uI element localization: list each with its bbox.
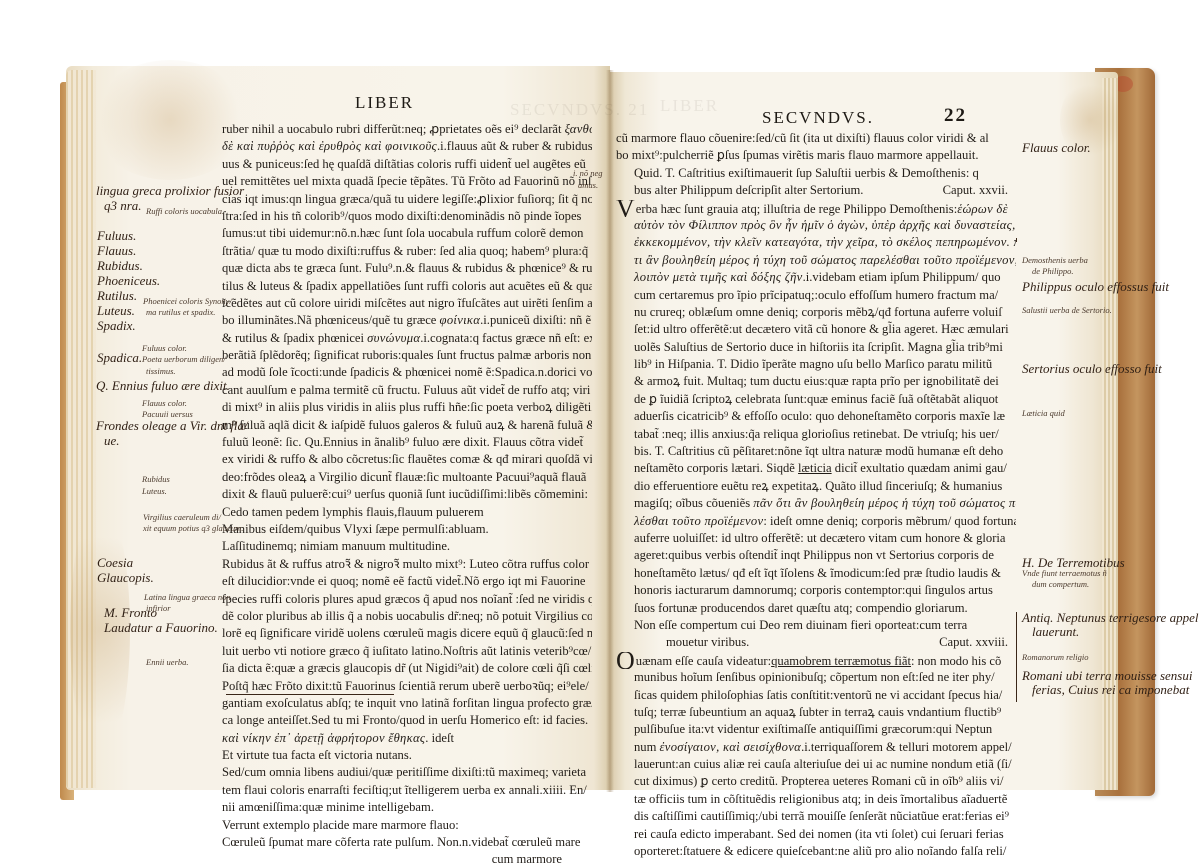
line-text: cum certaremus pro ĩpio prĩcipatuq;:ocul… — [634, 288, 998, 302]
text-line: munibus hoĩum ſenſibus opinionibuſq; cõp… — [616, 669, 1016, 686]
line-text: cum marmore — [492, 852, 562, 866]
marginal-gloss: Vnde fiunt terraemotus ñ — [1022, 568, 1107, 579]
text-line: Et virtute tua facta eſt victoria nutans… — [222, 747, 592, 764]
line-text: ſpecies ruffi coloris plures apud græcos… — [222, 592, 592, 606]
line-text: neſtamẽto corporis lætari. Siqdẽ — [634, 461, 798, 475]
text-line: tem flaui coloris enarraſti feciſtiq;ut … — [222, 782, 592, 799]
greek-text: φοίνικα — [440, 313, 481, 327]
text-line: cũ marmore flauo cõuenire:ſed/cũ ſit (it… — [616, 130, 1016, 147]
manuscript-annotation: Spadica. — [97, 350, 142, 366]
line-text: bo illuminãtes.Nã phœniceus/quẽ tu græce — [222, 313, 440, 327]
line-text: : ideſt omne deniq; corporis mẽbrum/ quo… — [763, 514, 1016, 528]
line-text: munibus hoĩum ſenſibus opinionibuſq; cõp… — [634, 670, 995, 684]
line-text: Quid. T. Caſtritius exiſtimauerit ſup Sa… — [634, 166, 979, 180]
manuscript-annotation: i. nõ neg — [573, 168, 603, 179]
greek-text: συνώνυμα — [367, 331, 420, 345]
text-line: nu crureq; oblæſum omne deniq; corporis … — [616, 304, 1016, 321]
text-line: Rubidus ãt & ruffus atroꝛ̃ & nigroꝛ̃ mul… — [222, 556, 592, 573]
marginal-gloss: dum compertum. — [1032, 579, 1089, 590]
text-line: neſtamẽto corporis lætari. Siqdẽ læticia… — [616, 460, 1016, 477]
text-line: cum marmore — [222, 851, 592, 868]
text-line: cant auulſum e palma termitẽ cũ fructu. … — [222, 382, 592, 399]
text-line: Poſtq̃ hæc Frõto dixit:tũ Fauorinus ſcie… — [222, 678, 592, 695]
text-line: di mixt⁹ in aliis plus viridis in aliis … — [222, 399, 592, 416]
line-text: Verrunt extemplo placide mare marmore fl… — [222, 818, 459, 832]
manuscript-annotation: Flauus. — [97, 243, 136, 259]
line-text: ex viridi & ruffo & albo cõcretus:ſic fl… — [222, 452, 592, 466]
manuscript-mark — [1016, 238, 1017, 242]
running-head-left: LIBER — [355, 93, 414, 113]
greek-text: ξανθὸς — [565, 122, 592, 136]
text-line: luit uerbo vti notiore græco q̃ iuſitato… — [222, 643, 592, 660]
line-text: .i.puniceũ dixiſti: nñ ẽ: — [480, 313, 592, 327]
line-text: tem flaui coloris enarraſti feciſtiq;ut … — [222, 783, 587, 797]
left-page-text: ruber nihil a uocabulo rubri differũt:ne… — [222, 121, 592, 868]
manuscript-annotation: Q. Ennius fuluo ære dixit. — [96, 378, 230, 394]
line-text: mouetur viribus. — [666, 635, 749, 649]
line-text: eſt dilucidior:vnde ei quoq; nomẽ eẽ fac… — [222, 574, 586, 588]
line-text: num — [634, 740, 660, 754]
line-text: dixit & flauũ puluerẽ:cui⁹ uerſus quoniã… — [222, 487, 588, 501]
line-text: honoris iacturarum damnorumq; corporis c… — [634, 583, 993, 597]
text-line: Sed/cum omnia libens audiui/quæ peritiſſ… — [222, 764, 592, 781]
line-text: ageret:quibus verbis oſtendit̃ inqt Phil… — [634, 548, 994, 562]
line-text: lauerunt:an cuius aliæ rei cauſa alteriu… — [634, 757, 1012, 771]
marginal-gloss: Phoenicei coloris Synony/ — [143, 296, 232, 307]
marginal-gloss: Salustii uerba de Sertorio. — [1022, 305, 1112, 316]
text-line: ſtra:ſed in his tñ colorib⁹/quos modo di… — [222, 208, 592, 225]
manuscript-bracket — [1016, 612, 1017, 702]
marginal-gloss: Fuluus color. — [142, 343, 187, 354]
manuscript-annotation: lauerunt. — [1032, 624, 1079, 640]
manuscript-annotation: Phoeniceus. — [97, 273, 160, 289]
manuscript-annotation: ue. — [104, 433, 120, 449]
line-text: aduerſis cicatricib⁹ & effoſſo oculo: qu… — [634, 409, 1005, 423]
manuscript-annotation: Sertorius oculo effosso fuit — [1022, 361, 1162, 377]
line-text: .i.terriquaſſorem & telluri motorem appe… — [801, 740, 1012, 754]
text-line: λοιπὸν μετὰ τιμῆς καὶ δόξης ζῆν.i.videba… — [616, 269, 1016, 286]
text-line: ſtrãtia/ quæ tu modo dixiſti:ruffus & ru… — [222, 243, 592, 260]
marginal-gloss: Ennii uerba. — [146, 657, 189, 668]
greek-text: πᾶν ὅτι ἂν βουληθείη μέρος ἡ τύχη τοῦ σώ… — [753, 496, 1016, 510]
marginal-gloss: Luteus. — [142, 486, 167, 497]
text-line: bo mixt⁹:pulcherriẽ ꝑſus ſpumas virẽtis … — [616, 147, 1016, 164]
text-line: ruber nihil a uocabulo rubri differũt:ne… — [222, 121, 592, 138]
text-line: honoris iacturarum damnorumq; corporis c… — [616, 582, 1016, 599]
text-line: gantiam exoſculatus abſq; te inquit vno … — [222, 695, 592, 712]
line-text: & armoꝝ fuit. Multaq; tum ductu eius:quæ… — [634, 374, 999, 388]
line-text: ſuos fortunæ producendos daret quæſtu at… — [634, 601, 968, 615]
text-line: pulſibuſue ita:vt videntur exiſtimaſſe a… — [616, 721, 1016, 738]
marginal-gloss: Rubidus — [142, 474, 170, 485]
greek-text: ἐκκεκομμένον, τὴν κλεῖν κατεαγότα, τὴν χ… — [634, 235, 1016, 249]
line-text: : non modo his cõ — [911, 654, 1001, 668]
text-line: ſet:id ultro offerẽtẽ:ut decætero vitã c… — [616, 321, 1016, 338]
greek-text: ἐνοσίγαιον, καὶ σεισίχθονα — [660, 740, 802, 754]
manuscript-underline — [226, 694, 394, 695]
text-line: oporteret:ſtatuere & edicere quieſcebant… — [616, 843, 1016, 860]
line-text: quæ dicta abs te græca ſunt. Fulu⁹.n.& f… — [222, 261, 592, 275]
marginal-gloss: Ruffi coloris uocabula. — [146, 206, 224, 217]
line-text: rei cauſa edicto imperabant. Sed dei nom… — [634, 827, 1004, 841]
line-text: dis caſtiſſimi cautiſſimiq;/ubi terrã mo… — [634, 809, 1009, 823]
text-line: m⁹ fuluã aqlã dicit & iaſpidẽ fuluos gal… — [222, 417, 592, 434]
marginal-gloss: de Philippo. — [1032, 266, 1074, 277]
line-text: ſumus:ut tibi uidemur:nõ.n.hæc ſunt ſola… — [222, 226, 583, 240]
line-text: nii amœniſſima:quæ minime intelligebam. — [222, 800, 434, 814]
line-text: tilus & luteus & ſpadix appellatiões ſun… — [222, 279, 592, 293]
line-text: .i.flauus aũt & ruber & rubidus & ful — [437, 139, 592, 153]
marginal-gloss: xit equum potius q3 glaucum. — [143, 523, 243, 534]
text-line: rei cauſa edicto imperabant. Sed dei nom… — [616, 826, 1016, 843]
text-line: tabat̃ :neq; illis anxius:q̃a reliqua gl… — [616, 426, 1016, 443]
text-line: magiſq; oĩbus cõueniẽs πᾶν ὅτι ἂν βουληθ… — [616, 495, 1016, 512]
marginal-gloss: Poeta uerborum diligen/ — [142, 354, 226, 365]
marginal-gloss: Pacuuii uersus — [142, 409, 193, 420]
manuscript-annotation: Luteus. — [97, 303, 135, 319]
line-text: ſia dicta ẽ:quæ a græcis glaucopis dr̃ (… — [222, 661, 592, 675]
manuscript-annotation: Flauus color. — [1022, 140, 1091, 156]
text-line: aduerſis cicatricib⁹ & effoſſo oculo: qu… — [616, 408, 1016, 425]
line-text: ad modũ ſole ĩcocti:unde ſpadicis & phœn… — [222, 365, 592, 379]
greek-text: λοιπὸν μετὰ τιμῆς καὶ δόξης ζῆν — [634, 270, 803, 284]
line-text: ſet:id ultro offerẽtẽ:ut decætero vitã c… — [634, 322, 1009, 336]
text-line: lib⁹ in Hiſpania. T. Didio ĩperãte magno… — [616, 356, 1016, 373]
initial-letter: V — [616, 200, 635, 217]
text-line: ἐκκεκομμένον, τὴν κλεῖν κατεαγότα, τὴν χ… — [616, 234, 1016, 251]
line-text: ſtra:ſed in his tñ colorib⁹/quos modo di… — [222, 209, 581, 223]
line-text: Poſtq̃ hæc Frõto dixit:tũ Fauorinus ſcie… — [222, 679, 589, 693]
line-text: bo mixt⁹:pulcherriẽ ꝑſus ſpumas virẽtis … — [616, 148, 978, 162]
text-line: ad modũ ſole ĩcocti:unde ſpadicis & phœn… — [222, 364, 592, 381]
greek-text: καὶ νίκην ἐπ᾽ ἀρετῇ ἀφρήτορον ἔθηκας — [222, 731, 425, 745]
text-line: ĩcẽdẽtes aut cũ colore uiridi miſcẽtes a… — [222, 295, 592, 312]
manuscript-annotation: Coesia — [97, 555, 133, 571]
text-line: & armoꝝ fuit. Multaq; tum ductu eius:quæ… — [616, 373, 1016, 390]
line-text: & rutilus & ſpadix phœnicei — [222, 331, 367, 345]
folio-number: 22 — [944, 105, 967, 127]
greek-text: λέσθαι τοῦτο προϊέμενον — [634, 514, 763, 528]
line-text: Rubidus ãt & ruffus atroꝛ̃ & nigroꝛ̃ mul… — [222, 557, 589, 571]
line-text: tabat̃ :neq; illis anxius:q̃a reliqua gl… — [634, 427, 999, 441]
open-book: SECVNDVS. 21 LIBER LIBER SECVNDVS. 22 ru… — [0, 0, 1200, 868]
text-line: dẽ color pluribus ab illis q̃ a nobis uo… — [222, 608, 592, 625]
book-gutter — [606, 70, 614, 792]
line-text: uel remittẽtes uel mixta quadã ſpecie tẽ… — [222, 174, 592, 188]
text-line: Manibus eiſdem/quibus Vlyxi ſæpe permulſ… — [222, 521, 592, 538]
line-text: ſtrãtia/ quæ tu modo dixiſti:ruffus & ru… — [222, 244, 588, 258]
text-line: ſumus:ut tibi uidemur:nõ.n.hæc ſunt ſola… — [222, 225, 592, 242]
greek-text: αὐτὸν τὸν Φίλιππον πρὸς ὃν ἦν ἡμῖν ὁ ἀγὼ… — [634, 218, 1016, 232]
line-text: honeſtamẽto lætus/ qđ eſt ĩqt ĩſolens & … — [634, 566, 1001, 580]
text-line: bo illuminãtes.Nã phœniceus/quẽ tu græce… — [222, 312, 592, 329]
show-through-text: SECVNDVS. 21 — [510, 100, 649, 120]
line-text: cant auulſum e palma termitẽ cũ fructu. … — [222, 383, 590, 397]
text-line: ſicas quidem philoſophias ſatis conſtiti… — [616, 687, 1016, 704]
text-line: bis. T. Caſtritius cũ pẽſitaret:nõne ĩqt… — [616, 443, 1016, 460]
line-text: Cedo tamen pedem lymphis flauis,flauum p… — [222, 505, 484, 519]
manuscript-annotation: Frondes oleage a Vir. dnt fla/ — [96, 418, 248, 434]
line-text: .i.cognata:q factus græce nñ eſt: exu — [420, 331, 592, 345]
manuscript-annotation: Spadix. — [97, 318, 136, 334]
text-line: tuſq; terræ ſubeuntium an aquaꝝ ſubter i… — [616, 704, 1016, 721]
marginal-gloss: Latina lingua graeca non — [144, 592, 231, 603]
line-text: uænam eſſe cauſa videatur: — [636, 654, 771, 668]
marginal-gloss: Læticia quid — [1022, 408, 1065, 419]
text-line: dixit & flauũ puluerẽ:cui⁹ uerſus quoniã… — [222, 486, 592, 503]
chapter-number: Caput. xxviii. — [939, 634, 1016, 651]
right-page-text: cũ marmore flauo cõuenire:ſed/cũ ſit (it… — [616, 130, 1016, 860]
text-line: & rutilus & ſpadix phœnicei συνώνυμα.i.c… — [222, 330, 592, 347]
text-line: τι ἂν βουληθείη μέρος ἡ τύχη τοῦ σώματος… — [616, 252, 1016, 269]
marginal-gloss: infirior — [146, 603, 171, 614]
text-line: honeſtamẽto lætus/ qđ eſt ĩqt ĩſolens & … — [616, 565, 1016, 582]
line-text: lorẽ eq ſignificare viridẽ uolens cœrule… — [222, 626, 592, 640]
manuscript-annotation: Glaucopis. — [97, 570, 154, 586]
line-text: tæ officiis tum in cõſtituẽdis religioni… — [634, 792, 1007, 806]
line-text: dẽ color pluribus ab illis q̃ a nobis uo… — [222, 609, 592, 623]
line-text: bus alter Philippum deſcripſit alter Ser… — [634, 183, 863, 197]
text-line: Quænam eſſe cauſa videatur:quamobrem ter… — [616, 652, 1016, 669]
line-text: bis. T. Caſtritius cũ pẽſitaret:nõne ĩqt… — [634, 444, 1003, 458]
line-text: Cœruleũ ſpumat mare cõferta rate pulſum.… — [222, 835, 580, 849]
manuscript-annotation: Rutilus. — [97, 288, 137, 304]
text-line: bus alter Philippum deſcripſit alter Ser… — [616, 182, 1016, 199]
underlined-text: quamobrem terræmotus fiãt — [771, 654, 911, 668]
text-line: Non eſſe compertum cui Deo rem diuinam f… — [616, 617, 1016, 634]
line-text: dicit̃ exultatio quædam animi gau/ — [832, 461, 1007, 475]
line-text: .i.videbam etiam ipſum Philippum/ quo — [803, 270, 1001, 284]
line-text: deo:frõdes oleaꝝ a Virgilio dicunt̃ flau… — [222, 470, 586, 484]
text-line: deo:frõdes oleaꝝ a Virgilio dicunt̃ flau… — [222, 469, 592, 486]
text-line: auferre uoluiſſet: id ultro offerẽtẽ: ut… — [616, 530, 1016, 547]
manuscript-annotation: Rubidus. — [97, 258, 143, 274]
marginal-gloss: tissimus. — [146, 366, 176, 377]
line-text: Laſſitudinemq; nimiam manuum multitudine… — [222, 539, 450, 553]
text-line: uel remittẽtes uel mixta quadã ſpecie tẽ… — [222, 173, 592, 190]
text-line: berãtiã ſplẽdorẽq; ſignificat ruboris:qu… — [222, 347, 592, 364]
manuscript-annotation: q3 nra. — [104, 198, 142, 214]
text-line: ex viridi & ruffo & albo cõcretus:ſic fl… — [222, 451, 592, 468]
manuscript-annotation: lingua greca prolixior fusior — [96, 183, 244, 199]
line-text: ruber nihil a uocabulo rubri differũt:ne… — [222, 122, 565, 136]
text-line: Cœruleũ ſpumat mare cõferta rate pulſum.… — [222, 834, 592, 851]
line-text: ĩcẽdẽtes aut cũ colore uiridi miſcẽtes a… — [222, 296, 592, 310]
text-line: dio efferuentiore euẽtu reꝝ expetitaꝝ. Q… — [616, 478, 1016, 495]
text-line: Verba hæc ſunt grauia atq; illuſtria de … — [616, 200, 1016, 217]
line-text: nu crureq; oblæſum omne deniq; corporis … — [634, 305, 1002, 319]
greek-text: δὲ καὶ πυῤῥὸς καὶ ἐρυθρὸς καὶ φοινικοῦς — [222, 139, 437, 153]
line-text: berãtiã ſplẽdorẽq; ſignificat ruboris:qu… — [222, 348, 591, 362]
text-line: ca longe anteiſſet.Sed tu mi Fronto/quod… — [222, 712, 592, 729]
line-text: lib⁹ in Hiſpania. T. Didio ĩperãte magno… — [634, 357, 992, 371]
line-text: tuſq; terræ ſubeuntium an aquaꝝ ſubter i… — [634, 705, 1001, 719]
manuscript-annotation: Philippus oculo effossus fuit — [1022, 279, 1169, 295]
line-text: uolẽs Saluſtius de Sertorio duce in hiſt… — [634, 340, 1003, 354]
text-line: tæ officiis tum in cõſtituẽdis religioni… — [616, 791, 1016, 808]
text-line: Cedo tamen pedem lymphis flauis,flauum p… — [222, 504, 592, 521]
line-text: ca longe anteiſſet.Sed tu mi Fronto/quod… — [222, 713, 588, 727]
manuscript-annotation: Fuluus. — [97, 228, 136, 244]
line-text: di mixt⁹ in aliis plus viridis in aliis … — [222, 400, 592, 414]
chapter-number: Caput. xxvii. — [943, 182, 1016, 199]
manuscript-annotation: ferias, Cuius rei ca imponebat — [1032, 682, 1189, 698]
text-line: δὲ καὶ πυῤῥὸς καὶ ἐρυθρὸς καὶ φοινικοῦς.… — [222, 138, 592, 155]
text-line: cut diximus) ꝑ certo creditũ. Propterea … — [616, 773, 1016, 790]
show-through-text: LIBER — [660, 96, 719, 116]
line-text: pulſibuſue ita:vt videntur exiſtimaſſe a… — [634, 722, 992, 736]
line-text: luit uerbo vti notiore græco q̃ iuſitato… — [222, 644, 591, 658]
manuscript-annotation: amus. — [578, 180, 598, 191]
text-line: αὐτὸν τὸν Φίλιππον πρὸς ὃν ἦν ἡμῖν ὁ ἀγὼ… — [616, 217, 1016, 234]
greek-text: τι ἂν βουληθείη μέρος ἡ τύχη τοῦ σώματος… — [634, 253, 1016, 267]
text-line: eſt dilucidior:vnde ei quoq; nomẽ eẽ fac… — [222, 573, 592, 590]
text-line: Quid. T. Caſtritius exiſtimauerit ſup Sa… — [616, 165, 1016, 182]
text-line: quæ dicta abs te græca ſunt. Fulu⁹.n.& f… — [222, 260, 592, 277]
greek-text: ἑώρων δὲ — [957, 202, 1008, 216]
line-text: ſicas quidem philoſophias ſatis conſtiti… — [634, 688, 1002, 702]
running-head-right: SECVNDVS. — [762, 108, 874, 128]
text-line: ageret:quibus verbis oſtendit̃ inqt Phil… — [616, 547, 1016, 564]
line-text: Manibus eiſdem/quibus Vlyxi ſæpe permulſ… — [222, 522, 489, 536]
text-line: num ἐνοσίγαιον, καὶ σεισίχθονα.i.terriqu… — [616, 739, 1016, 756]
text-line: καὶ νίκην ἐπ᾽ ἀρετῇ ἀφρήτορον ἔθηκας. id… — [222, 730, 592, 747]
text-line: dis caſtiſſimi cautiſſimiq;/ubi terrã mo… — [616, 808, 1016, 825]
text-line: uus & puniceus:ſed hę quaſdã diſtãtias c… — [222, 156, 592, 173]
text-line: lauerunt:an cuius aliæ rei cauſa alteriu… — [616, 756, 1016, 773]
text-line: ſpecies ruffi coloris plures apud græcos… — [222, 591, 592, 608]
text-line: fuluũ leonẽ: ſic. Qu.Ennius in ãnalib⁹ f… — [222, 434, 592, 451]
text-line: ſia dicta ẽ:quæ a græcis glaucopis dr̃ (… — [222, 660, 592, 677]
text-line: mouetur viribus.Caput. xxviii. — [616, 634, 1016, 651]
underlined-text: læticia — [798, 461, 832, 475]
line-text: . ideſt — [425, 731, 454, 745]
marginal-gloss: ma rutilus et spadix. — [146, 307, 215, 318]
line-text: fuluũ leonẽ: ſic. Qu.Ennius in ãnalib⁹ f… — [222, 435, 583, 449]
manuscript-annotation: Laudatur a Fauorino. — [104, 620, 218, 636]
line-text: auferre uoluiſſet: id ultro offerẽtẽ: ut… — [634, 531, 1006, 545]
marginal-gloss: Romanorum religio — [1022, 652, 1089, 663]
line-text: Et virtute tua facta eſt victoria nutans… — [222, 748, 412, 762]
line-text: uus & puniceus:ſed hę quaſdã diſtãtias c… — [222, 157, 586, 171]
text-line: cum certaremus pro ĩpio prĩcipatuq;:ocul… — [616, 287, 1016, 304]
line-text: magiſq; oĩbus cõueniẽs — [634, 496, 753, 510]
line-text: cias iqt imus:qn lingua græca/quã tu uid… — [222, 192, 592, 206]
text-line: lorẽ eq ſignificare viridẽ uolens cœrule… — [222, 625, 592, 642]
line-text: gantiam exoſculatus abſq; te inquit vno … — [222, 696, 592, 710]
line-text: oporteret:ſtatuere & edicere quieſcebant… — [634, 844, 1006, 858]
line-text: Sed/cum omnia libens audiui/quæ peritiſſ… — [222, 765, 586, 779]
line-text: de ꝑ ĩuidiã ſcriptoꝝ celebrata ſunt:quæ … — [634, 392, 998, 406]
initial-letter: Q — [616, 652, 635, 669]
line-text: Non eſſe compertum cui Deo rem diuinam f… — [634, 618, 967, 632]
marginal-gloss: Flauus color. — [142, 398, 187, 409]
line-text: m⁹ fuluã aqlã dicit & iaſpidẽ fuluos gal… — [222, 418, 592, 432]
text-line: Verrunt extemplo placide mare marmore fl… — [222, 817, 592, 834]
text-line: de ꝑ ĩuidiã ſcriptoꝝ celebrata ſunt:quæ … — [616, 391, 1016, 408]
text-line: Laſſitudinemq; nimiam manuum multitudine… — [222, 538, 592, 555]
line-text: dio efferuentiore euẽtu reꝝ expetitaꝝ. Q… — [634, 479, 1002, 493]
line-text: cut diximus) ꝑ certo creditũ. Propterea … — [634, 774, 1003, 788]
line-text: cũ marmore flauo cõuenire:ſed/cũ ſit (it… — [616, 131, 989, 145]
text-line: nii amœniſſima:quæ minime intelligebam. — [222, 799, 592, 816]
text-line: ſuos fortunæ producendos daret quæſtu at… — [616, 600, 1016, 617]
text-line: uolẽs Saluſtius de Sertorio duce in hiſt… — [616, 339, 1016, 356]
text-line: λέσθαι τοῦτο προϊέμενον: ideſt omne deni… — [616, 513, 1016, 530]
line-text: erba hæc ſunt grauia atq; illuſtria de r… — [636, 202, 957, 216]
text-line: tilus & luteus & ſpadix appellatiões ſun… — [222, 278, 592, 295]
text-line: cias iqt imus:qn lingua græca/quã tu uid… — [222, 191, 592, 208]
marginal-gloss: Virgilius caeruleum di/ — [143, 512, 221, 523]
marginal-gloss: Demosthenis uerba — [1022, 255, 1088, 266]
